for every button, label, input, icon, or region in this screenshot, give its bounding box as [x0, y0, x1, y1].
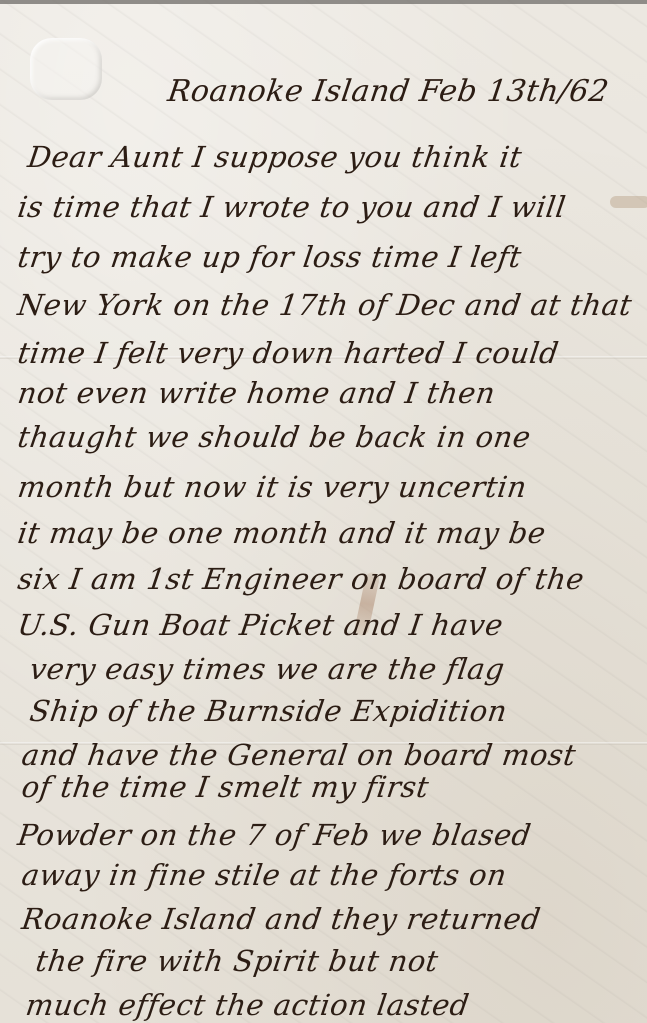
letter-line: six I am 1st Engineer on board of the — [16, 562, 587, 596]
letter-line: New York on the 17th of Dec and at that — [16, 288, 635, 322]
letter-line: the fire with Spirit but not — [34, 944, 441, 978]
letter-line: away in fine stile at the forts on — [20, 858, 509, 892]
letter-line: and have the General on board most — [20, 738, 579, 772]
letter-line: of the time I smelt my first — [20, 770, 432, 804]
letter-line: Powder on the 7 of Feb we blased — [16, 818, 534, 852]
letter-line: is time that I wrote to you and I will — [16, 190, 568, 224]
letter-line: Dear Aunt I suppose you think it — [26, 140, 525, 174]
letter-line: thaught we should be back in one — [16, 420, 533, 454]
letter-line: Roanoke Island and they returned — [20, 902, 543, 936]
letter-line: U.S. Gun Boat Picket and I have — [16, 608, 506, 642]
letter-line: not even write home and I then — [16, 376, 498, 410]
letter-line: try to make up for loss time I left — [16, 240, 524, 274]
letter-heading: Roanoke Island Feb 13th/62 — [166, 74, 612, 109]
letter-line: it may be one month and it may be — [16, 516, 548, 550]
letter-line: time I felt very down harted I could — [16, 336, 561, 370]
letter-line: very easy times we are the flag — [28, 652, 507, 686]
letter-line: Ship of the Burnside Expidition — [28, 694, 510, 728]
letter-line: much effect the action lasted — [24, 988, 472, 1022]
letter-line: month but now it is very uncertin — [16, 470, 530, 504]
letter-body: Roanoke Island Feb 13th/62 Dear Aunt I s… — [0, 0, 647, 1023]
letter-page: Roanoke Island Feb 13th/62 Dear Aunt I s… — [0, 0, 647, 1023]
